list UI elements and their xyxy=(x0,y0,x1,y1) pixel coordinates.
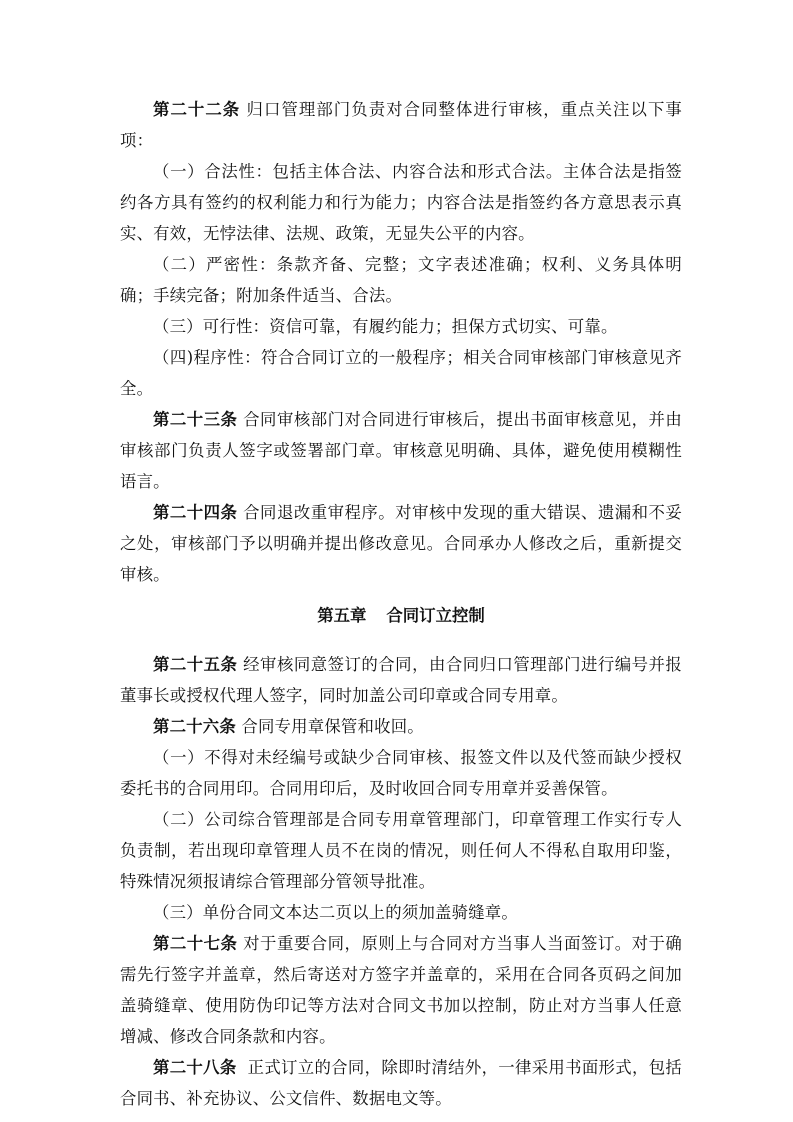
article-label: 第二十八条 xyxy=(153,1058,237,1077)
article-22-item-2: （二）严密性：条款齐备、完整；文字表述准确；权利、义务具体明确；手续完备；附加条… xyxy=(120,249,682,311)
article-22-item-3: （三）可行性：资信可靠，有履约能力；担保方式切实、可靠。 xyxy=(120,311,682,342)
article-26-item-1: （一）不得对未经编号或缺少合同审核、报签文件以及代签而缺少授权委托书的合同用印。… xyxy=(120,742,682,804)
chapter-heading: 第五章合同订立控制 xyxy=(120,600,682,631)
article-label: 第二十四条 xyxy=(153,503,237,522)
article-26-item-2: （二）公司综合管理部是合同专用章管理部门，印章管理工作实行专人负责制，若出现印章… xyxy=(120,804,682,897)
article-text: 合同专用章保管和收回。 xyxy=(241,717,424,736)
article-label: 第二十五条 xyxy=(153,655,237,674)
article-27: 第二十七条 对于重要合同，原则上与合同对方当事人当面签订。对于确需先行签字并盖章… xyxy=(120,928,682,1052)
article-label: 第二十三条 xyxy=(153,410,237,429)
article-23: 第二十三条 合同审核部门对合同进行审核后，提出书面审核意见，并由审核部门负责人签… xyxy=(120,404,682,497)
article-26-item-3: （三）单份合同文本达二页以上的须加盖骑缝章。 xyxy=(120,897,682,928)
article-22: 第二十二条 归口管理部门负责对合同整体进行审核，重点关注以下事项： xyxy=(120,94,682,156)
article-28: 第二十八条 正式订立的合同，除即时清结外，一律采用书面形式，包括合同书、补充协议… xyxy=(120,1052,682,1114)
chapter-number: 第五章 xyxy=(317,606,366,625)
chapter-title: 合同订立控制 xyxy=(386,606,484,625)
article-label: 第二十七条 xyxy=(153,934,237,953)
article-label: 第二十六条 xyxy=(153,717,236,736)
article-label: 第二十二条 xyxy=(153,100,240,119)
article-25: 第二十五条 经审核同意签订的合同，由合同归口管理部门进行编号并报董事长或授权代理… xyxy=(120,649,682,711)
article-24: 第二十四条 合同退改重审程序。对审核中发现的重大错误、遗漏和不妥之处，审核部门予… xyxy=(120,497,682,590)
article-22-item-1: （一）合法性：包括主体合法、内容合法和形式合法。主体合法是指签约各方具有签约的权… xyxy=(120,156,682,249)
article-26: 第二十六条 合同专用章保管和收回。 xyxy=(120,711,682,742)
document-page: 第二十二条 归口管理部门负责对合同整体进行审核，重点关注以下事项： （一）合法性… xyxy=(120,94,682,1114)
article-22-item-4: （四)程序性：符合合同订立的一般程序；相关合同审核部门审核意见齐全。 xyxy=(120,342,682,404)
